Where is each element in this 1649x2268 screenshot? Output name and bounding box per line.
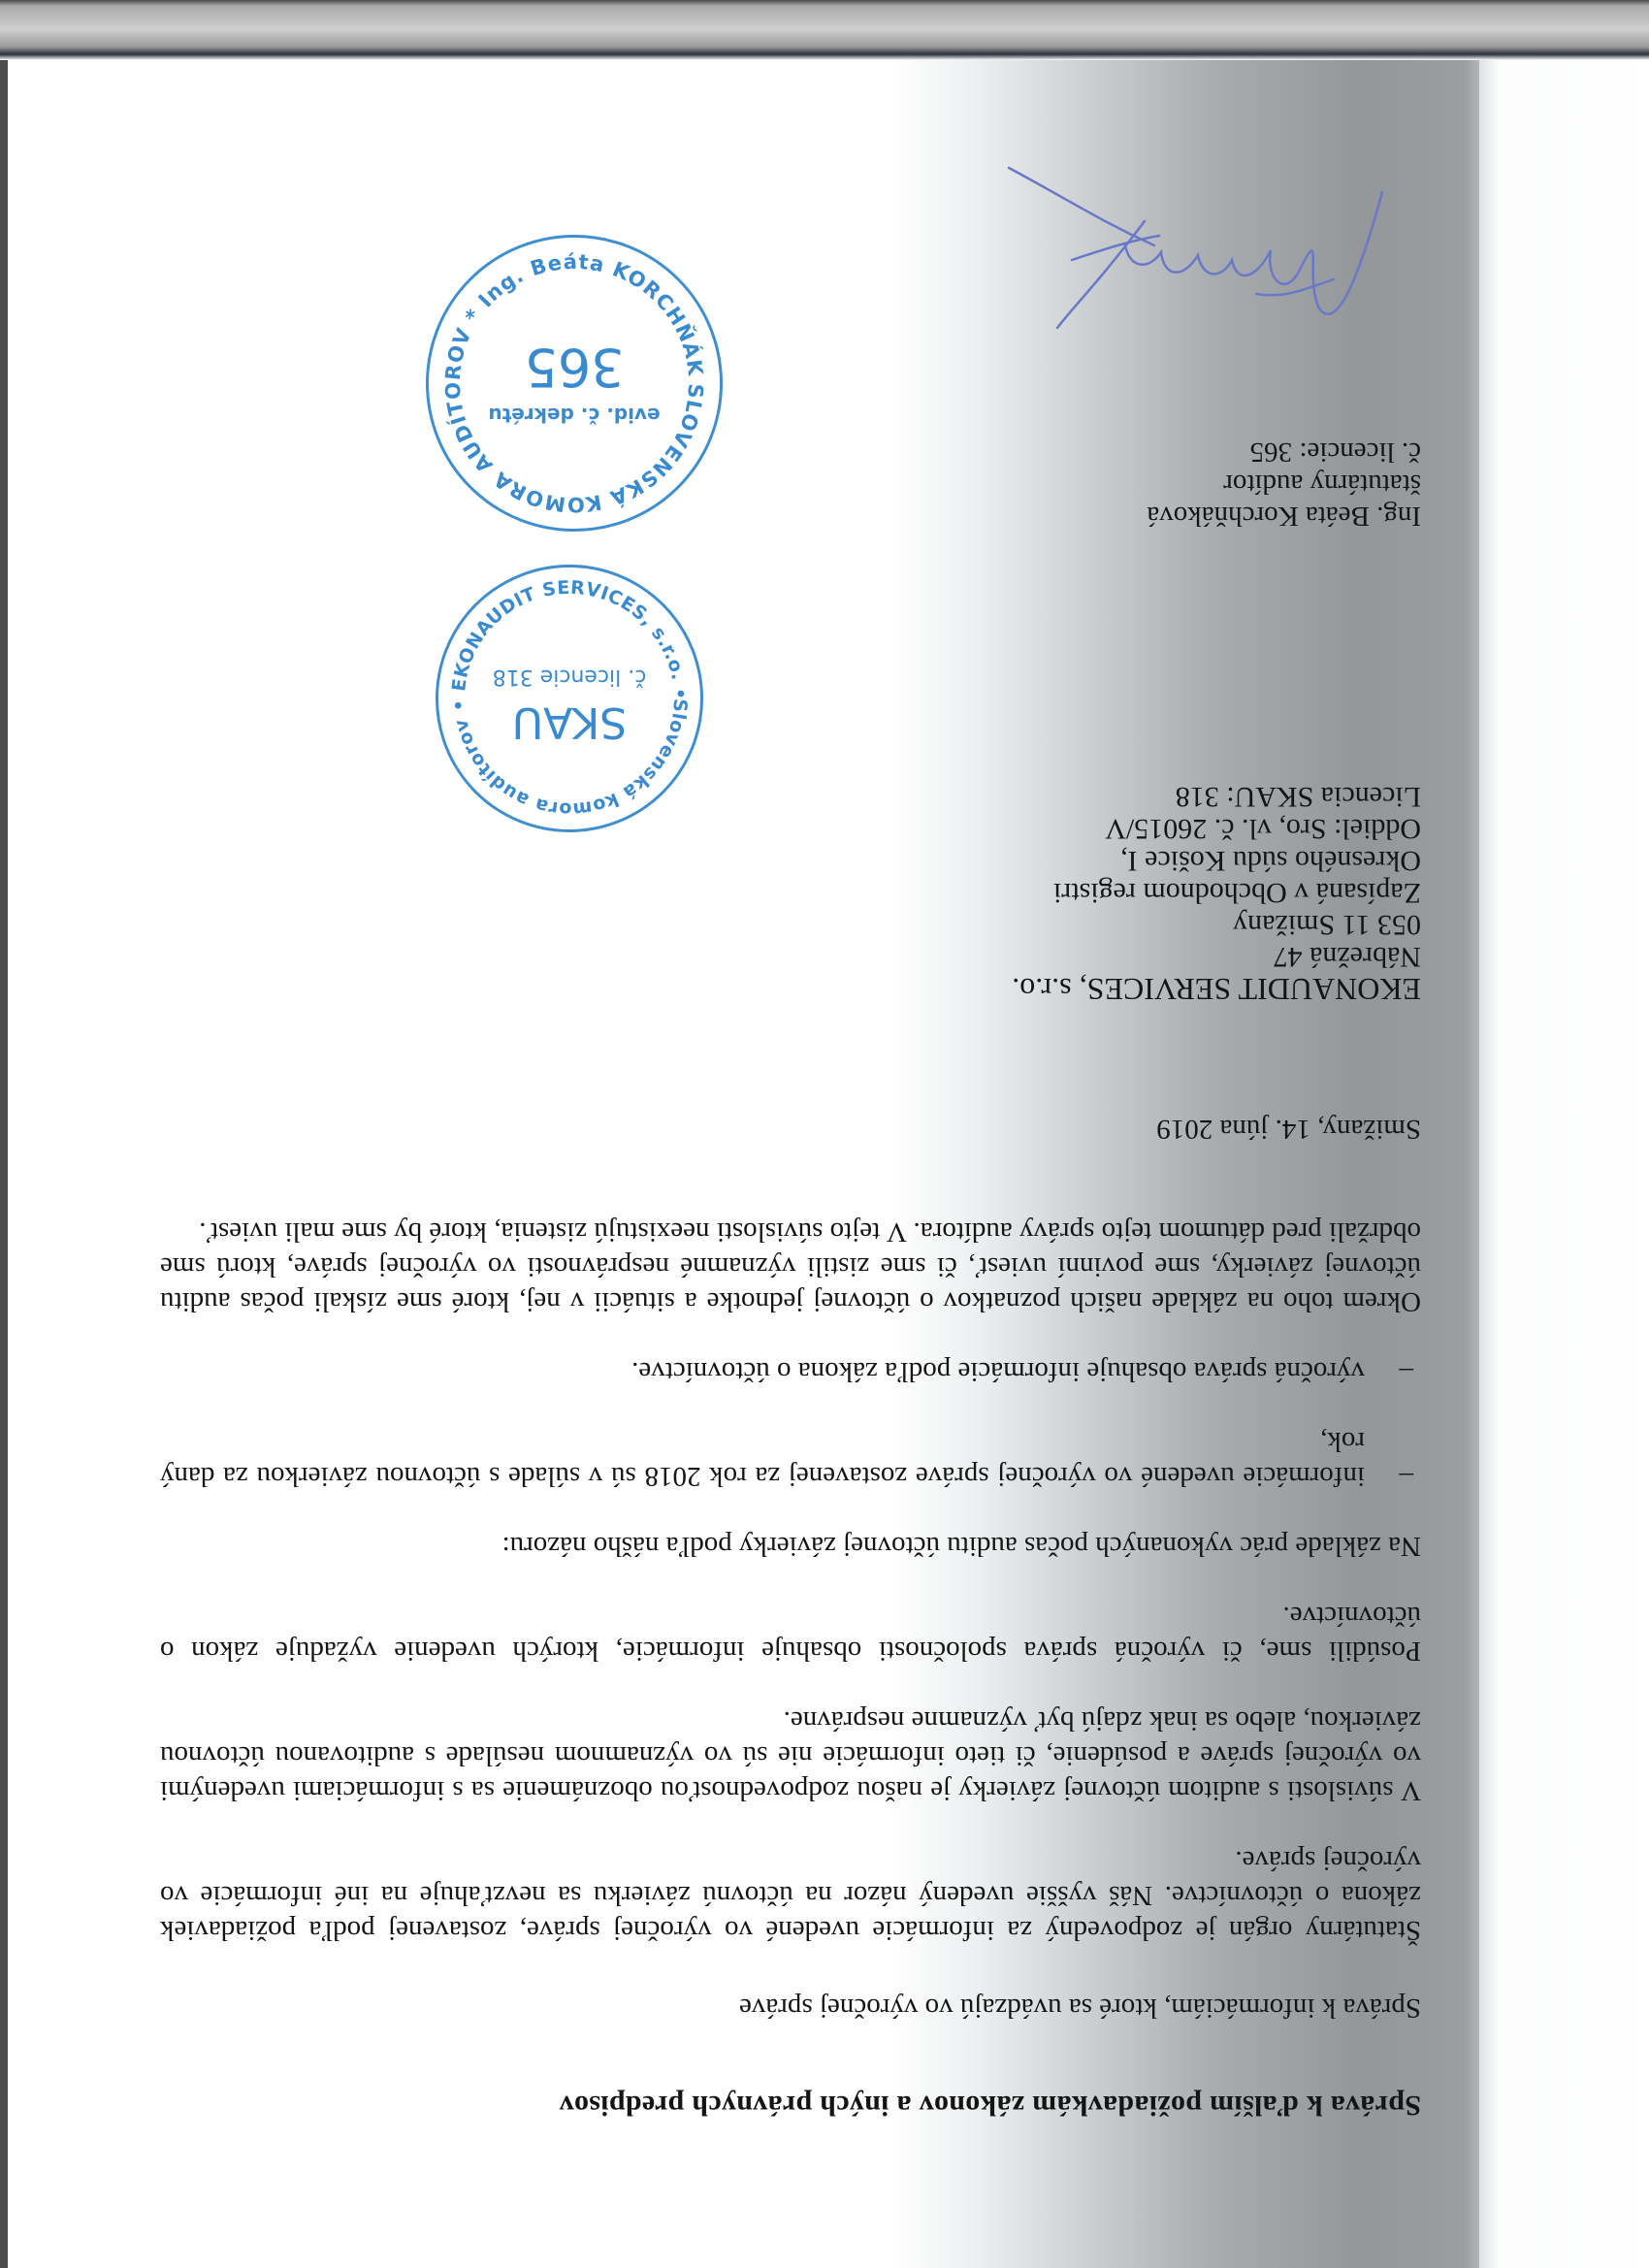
firm-address-line: Oddiel: Sro, vl. č. 26015/V [160,813,1421,845]
firm-address-line: Licencia SKAU: 318 [160,781,1421,813]
document-body: Správa k ďalším požiadavkám zákonov a in… [160,781,1421,2122]
stamp-center-label: evid. č. dekrétu [429,404,720,427]
section-heading: Správa k ďalším požiadavkám zákonov a in… [160,2088,1421,2122]
paragraph-responsibility: V súvislosti s auditom účtovnej závierky… [160,1703,1421,1808]
document-page-rotated: Správa k ďalším požiadavkám zákonov a in… [8,56,1479,2268]
scanner-bed-right [1479,60,1649,2268]
firm-stamp: Slovenská komora audítorov • EKONAUDIT S… [436,565,703,832]
place-date: Smižany, 14. júna 2019 [160,1112,1421,1147]
bullet-text: výročná správa obsahuje informácie podľa… [160,1354,1365,1389]
scanner-edge-top [0,0,1649,60]
auditor-stamp: SLOVENSKÁ KOMORA AUDÍTOROV * Ing. Beáta … [426,235,723,532]
bullet-text: informácie uvedené vo výročnej správe zo… [160,1424,1365,1494]
subsection-heading: Správa k informáciám, ktoré sa uvádzajú … [160,1991,1421,2025]
paragraph-assessment: Posúdili sme, či výročná správa spoločno… [160,1599,1421,1669]
paragraph-statutory-body: Štatutárny orgán je zodpovedný za inform… [160,1843,1421,1948]
signer-license: č. licencie: 365 [1147,436,1421,468]
paragraph-closing: Okrem toho na základe našich poznatkov o… [160,1215,1421,1319]
firm-address-line: Okresného súdu Košice I, [160,845,1421,877]
scanner-edge-left [0,0,8,2268]
firm-name: EKONAUDIT SERVICES, s.r.o. [160,973,1421,1005]
signer-name: Ing. Beáta Korchňáková [1147,500,1421,532]
signer-role: štatutárny audítor [1147,468,1421,500]
signer-block: Ing. Beáta Korchňáková štatutárny audíto… [1147,436,1421,532]
list-item: – informácie uvedené vo výročnej správe … [160,1424,1421,1494]
dash-marker: – [1365,1424,1421,1494]
stamp-center-label: SKAU [438,697,700,747]
signature-icon [985,163,1392,338]
stamp-center-number: č. licencie 318 [438,664,700,689]
firm-address-line: Nábrežná 47 [160,941,1421,973]
dash-marker: – [1365,1354,1421,1389]
list-item: – výročná správa obsahuje informácie pod… [160,1354,1421,1389]
firm-address-line: 053 11 Smižany [160,909,1421,941]
firm-address-line: Zapísaná v Obchodnom registri [160,877,1421,909]
stamp-center-number: 365 [429,337,720,398]
paragraph-opinion-intro: Na základe prác vykonaných počas auditu … [160,1529,1421,1564]
firm-address-block: EKONAUDIT SERVICES, s.r.o. Nábrežná 47 0… [160,781,1421,1005]
